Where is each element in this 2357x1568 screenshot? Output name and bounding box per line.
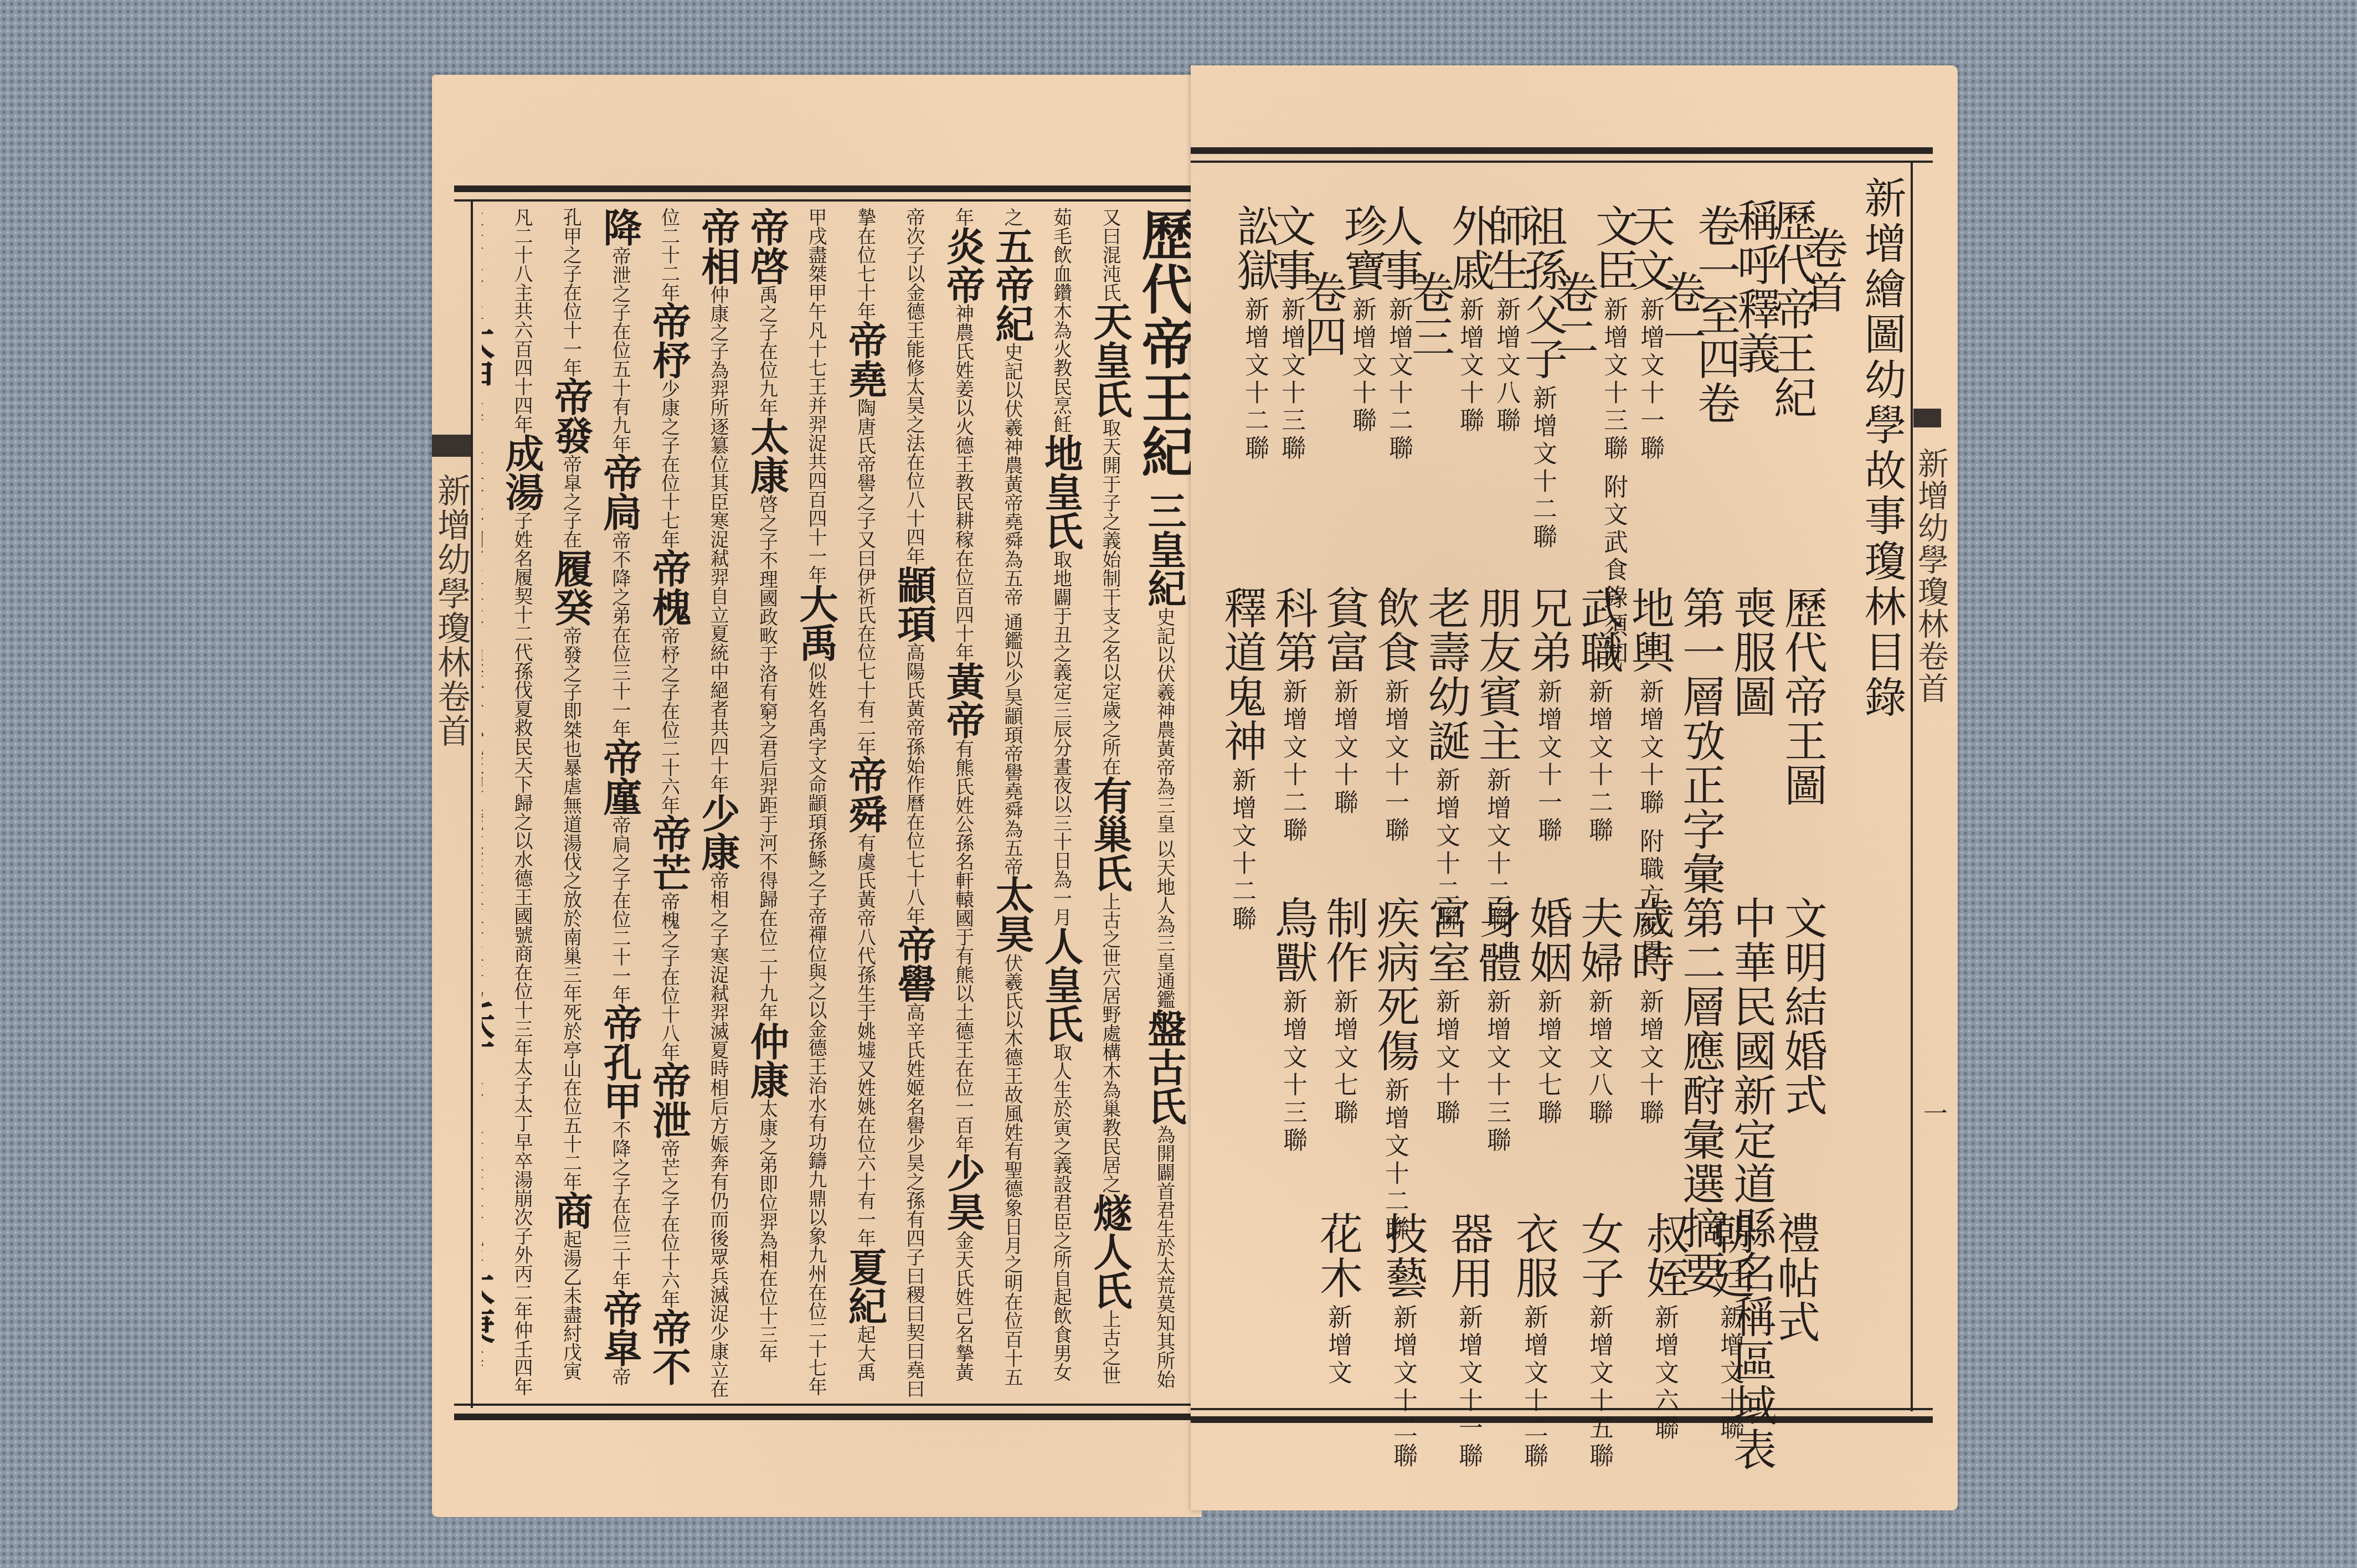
toc-entry: 老壽幼誕新增文十二聯 [1420,586,1471,933]
toc-title: 新增繪圖幼學故事瓊林目錄 [1861,176,1903,721]
entry-title: 地輿 [1628,586,1671,674]
entry-title: 文明結婚式 [1780,896,1824,1117]
entry-annotation: 新增文十二聯 [1521,1304,1546,1471]
ruler-name: 燧人氏 [1087,1193,1133,1309]
toc-entry: 疾病死傷新增文十二聯 [1369,896,1420,1244]
entry-title: 叔姪 [1643,1211,1686,1300]
entry-annotation: 新增文十一聯 [1382,679,1407,845]
ruler-annotation: 有熊氏姓公孫名軒轅國于有熊以土德王在位一百年 [952,739,974,1153]
ruler-annotation: 啓之子不理國政畋于洛有窮之君后羿距于河不得歸在位二十九年 [756,494,778,1022]
toc-entry: 科第新增文十二聯 [1267,586,1318,845]
top-double-rule-thick [454,185,1202,192]
toc-entry: 身體新增文十三聯 [1471,896,1522,1155]
toc-entry: 技藝新增文十二聯 [1370,1211,1435,1471]
entry-title: 疾病死傷 [1373,896,1416,1073]
ruler-name: 太庚 [482,1266,496,1344]
ruler-name: 帝相 [695,208,741,285]
ruler-name: 帝槐 [646,549,692,626]
entry-title: 宮室 [1424,896,1467,984]
entry-title: 兄弟 [1526,586,1569,674]
toc-entry: 祖孫父子新增文十二聯 [1524,204,1561,551]
ruler-annotation: 取地闢于丑之義定三辰分晝夜以三十日為一月 [1050,550,1072,926]
ruler-annotation: 帝不降之弟在位三十一年 [609,531,631,738]
top-double-rule-thin [1191,161,1933,163]
ruler-name: 三皇紀 [1141,491,1187,607]
ruler-annotation: 史記以伏羲神農黃帝為三皇 以天地人為三皇通鑑 [1153,607,1175,1009]
entry-title: 貧富 [1322,586,1365,674]
ruler-annotation: 取天開于子之義始制干支之名以定歲之所在 [1099,418,1121,776]
entry-title: 技藝 [1381,1211,1424,1300]
toc-entry: 衣服新增文十二聯 [1501,1211,1566,1471]
entry-annotation: 新增文十聯 [1457,297,1481,435]
entry-title: 婚姻 [1526,896,1569,984]
ruler-name: 帝杼 [646,302,692,379]
entry-annotation: 新增文 [1325,1304,1350,1388]
entry-title: 花木 [1316,1211,1359,1300]
toc-entry: 歷代帝王圖 [1777,586,1828,807]
toc-entry: 釋道鬼神新增文十二聯 [1216,586,1267,933]
ruler-annotation: 陶唐氏帝嚳之子又曰伊祈氏在位七十有二年 [854,398,876,756]
ruler-name: 帝孔甲 [597,1004,643,1120]
ruler-name: 帝發 [548,377,594,455]
ruler-annotation: 神農氏姓姜以火德王教民耕稼在位百四十年 [952,304,974,662]
ruler-name: 太康 [744,417,790,494]
entry-annotation: 新增文十二聯 [1280,679,1305,845]
ruler-name: 有巢氏 [1087,776,1133,892]
entry-annotation: 新增文十聯 [1433,989,1458,1127]
toc-bottom-section: 禮帖式朝廷新增文十聯叔姪新增文六聯女子新增文十五聯衣服新增文十二聯器用新增文十一… [1191,1211,1850,1405]
chronicle-heading: 歷代帝王紀 [1138,208,1191,479]
ruler-name: 帝啓 [744,208,790,285]
ruler-annotation: 帝芒之子在位十六年 [658,1139,680,1308]
ruler-name: 帝芒 [646,814,692,892]
bottom-double-rule-thin [454,1404,1202,1406]
gutter-label: 新增幼學瓊林卷首 [435,473,468,748]
ruler-name: 太昊 [989,876,1035,953]
entry-annotation: 新增文十五聯 [1587,1304,1611,1471]
entry-annotation: 新增文十一聯 [1535,679,1560,845]
ruler-annotation: 史記以伏羲神農黃帝堯舜為五帝 通鑑以少昊顓頊帝嚳堯舜為五帝 [1001,343,1023,876]
entry-title: 身體 [1475,896,1518,984]
ruler-name: 帝廑 [597,738,643,816]
ruler-name: 仲康 [744,1022,790,1099]
ruler-name: 履癸 [548,549,594,626]
toc-entry: 鳥獸新增文十三聯 [1267,896,1318,1155]
left-page: 新增幼學瓊林卷首 歷代帝王紀 三皇紀史記以伏羲神農黃帝為三皇 以天地人為三皇通鑑… [432,75,1202,1517]
emperors-chronicle: 歷代帝王紀 三皇紀史記以伏羲神農黃帝為三皇 以天地人為三皇通鑑盤古氏為開闢首君生… [482,208,1191,1398]
left-frame-line [471,201,473,1408]
ruler-name: 顓頊 [891,565,937,643]
ruler-name: 帝嚳 [891,925,937,1003]
toc-entry: 制作新增文七聯 [1318,896,1369,1127]
entry-annotation: 新增文十聯 [1637,989,1661,1127]
entry-annotation: 新增文十聯 [1717,1304,1742,1443]
toc-entry: 喪服圖 [1726,586,1777,719]
toc-entry: 貧富新增文十聯 [1318,586,1369,817]
ruler-name: 天皇氏 [1087,302,1133,418]
entry-title: 歲時 [1628,896,1671,984]
entry-annotation: 新增文八聯 [1494,297,1518,435]
entry-title: 科第 [1271,586,1314,674]
entry-title: 釋道鬼神 [1220,586,1263,763]
entry-annotation: 新增文十二聯 [1586,679,1610,845]
toc-entry: 文明結婚式 [1777,896,1828,1117]
entry-annotation: 新增文八聯 [1586,989,1610,1127]
entry-title: 飲食 [1373,586,1416,674]
entry-title: 喪服圖 [1730,586,1773,719]
entry-annotation: 新增文十二聯 [1242,297,1267,463]
ruler-annotation: 帝杼之子在位二十六年 [658,626,680,814]
toc-entry: 花木新增文 [1305,1211,1370,1388]
fishtail-mark [1913,409,1941,427]
entry-title: 制作 [1322,896,1365,984]
ruler-annotation: 上古之世穴居野處構木為巢教民居之 [1099,892,1121,1193]
ruler-annotation: 太丁之子放之於桐宮三年太甲過悔伊尹以冕服迎之號太宗在位三十三年為 [482,398,484,1000]
ruler-name: 少昊 [940,1153,986,1231]
ruler-annotation: 高陽氏黃帝孫始作曆在位七十八年 [903,643,925,925]
entry-title: 老壽幼誕 [1424,586,1467,763]
toc-entry: 兄弟新增文十一聯 [1522,586,1573,845]
toc-entry: 武職新增文十二聯 [1573,586,1624,845]
ruler-annotation: 太康之弟即位羿為相在位十三年 [756,1099,778,1363]
entry-title: 朋友賓主 [1475,586,1518,763]
entry-title: 女子 [1577,1211,1620,1300]
toc-entry: 歲時新增文十聯 [1624,896,1675,1127]
ruler-annotation: 仲康之子為羿所逐簒位其臣寒浞弒羿自立夏統中絕者共四十年 [707,285,729,793]
entry-annotation: 新增文十三聯 [1280,989,1305,1155]
ruler-name: 人皇氏 [1038,926,1084,1043]
toc-entry: 朋友賓主新增文十二聯 [1471,586,1522,933]
entry-title: 歷代帝王圖 [1780,586,1824,807]
ruler-name: 黃帝 [940,662,986,739]
toc-middle-section: 歷代帝王圖喪服圖第一層攷正字彙地輿新增文十聯 附職方紀畧武職新增文十二聯兄弟新增… [1191,586,1850,929]
toc-entry: 飲食新增文十一聯 [1369,586,1420,845]
entry-annotation: 新增文十聯 [1350,297,1374,435]
ruler-annotation: 太甲之子在位二十九年 [482,1078,484,1266]
ruler-name: 帝皐 [597,1290,643,1367]
toc-entry: 女子新增文十五聯 [1566,1211,1632,1471]
ruler-name: 沃丁 [482,1000,496,1078]
entry-annotation: 新增文六聯 [1652,1304,1676,1443]
ruler-name: 炎帝 [940,226,986,304]
ruler-annotation: 帝扃之子在位二十一年 [609,816,631,1004]
volume-heading: 卷首 [1810,226,1844,314]
ruler-annotation: 有虞氏黃帝八代孫生于姚墟又姓姚在位六十有一年 [854,833,876,1247]
entry-annotation: 新增文十三聯 [1484,989,1509,1155]
entry-annotation: 新增文十二聯 [1530,385,1555,551]
ruler-name: 太甲 [482,321,496,398]
entry-annotation: 新增文十一聯 [1456,1304,1480,1471]
toc-entry: 叔姪新增文六聯 [1632,1211,1697,1443]
top-double-rule-thin [454,199,1202,202]
ruler-name: 少康 [695,793,741,871]
entry-annotation: 新增文十聯 [1331,679,1356,817]
ruler-name: 成湯 [499,434,545,511]
ruler-name: 地皇氏 [1038,434,1084,550]
entry-title: 衣服 [1512,1211,1555,1300]
entry-title: 鳥獸 [1271,896,1314,984]
ruler-name: 帝堯 [842,321,888,398]
ruler-name: 帝泄 [646,1061,692,1139]
entry-title: 武職 [1577,586,1620,674]
ruler-annotation: 帝發之子即桀也暴虐無道湯伐之放於南巢三年死於亭山在位五十二年 [560,626,582,1191]
toc-entry: 朝廷新增文十聯 [1697,1211,1762,1443]
entry-title: 器用 [1447,1211,1490,1300]
toc-entry: 器用新增文十一聯 [1435,1211,1501,1471]
ruler-annotation: 帝皐之子在 [560,455,582,549]
ruler-name: 夏紀 [842,1247,888,1325]
toc-entry: 婚姻新增文七聯 [1522,896,1573,1127]
toc-entry: 夫婦新增文八聯 [1573,896,1624,1127]
toc-entry: 禮帖式 [1762,1211,1828,1344]
right-page: 新增幼學瓊林卷首 一 新增繪圖幼學故事瓊林目錄 卷首歷代帝王紀稱呼釋義卷一至四卷… [1191,65,1958,1510]
ruler-name: 五帝紀 [989,226,1035,343]
gutter-label: 新增幼學瓊林卷首 [1915,447,1946,704]
toc-lower-section: 文明結婚式中華民國新定道縣名稱區域表第二層應酧彙選摘要歲時新增文十聯夫婦新增文八… [1191,896,1850,1228]
entry-title: 朝廷 [1708,1211,1751,1300]
entry-title: 第一層攷正字彙 [1679,586,1722,896]
toc-upper-section: 卷首歷代帝王紀稱呼釋義卷一至四卷卷一天文新增文十一聯文臣新增文十三聯 附文武食錄… [1191,176,1850,575]
fishtail-mark [432,435,471,457]
toc-entry: 第一層攷正字彙 [1675,586,1726,896]
ruler-annotation: 禹之子在位九年 [756,285,778,417]
entry-title: 夫婦 [1577,896,1620,984]
ruler-annotation: 帝泄之子在位五十有九年 [609,246,631,453]
top-double-rule-thick [1191,147,1933,154]
ruler-annotation: 似姓名禹字文命顓頊孫鯀之子帝禪位與之以金德王治水有功鑄九鼎以象九州在位二十七年 [805,662,827,1396]
ruler-name: 帝扃 [597,453,643,531]
entry-annotation: 新增文十二聯 [1391,1304,1415,1471]
ruler-name: 盤古氏 [1141,1009,1187,1125]
right-frame-line [1911,163,1913,1411]
entry-title: 禮帖式 [1773,1211,1816,1344]
ruler-annotation: 不降之子在位三十年 [609,1120,631,1290]
ruler-name: 帝舜 [842,756,888,833]
ruler-annotation: 少康之子在位十七年 [658,379,680,549]
toc-entry: 宮室新增文十聯 [1420,896,1471,1127]
entry-annotation: 新增文七聯 [1535,989,1560,1127]
ruler-annotation: 帝槐之子在位十八年 [658,892,680,1061]
ruler-name: 商 [548,1191,594,1230]
page-number-mark: 一 [1921,1101,1945,1128]
ruler-name: 大禹 [793,584,839,662]
entry-annotation: 新增文七聯 [1331,989,1356,1127]
bottom-double-rule-thick [454,1414,1202,1420]
